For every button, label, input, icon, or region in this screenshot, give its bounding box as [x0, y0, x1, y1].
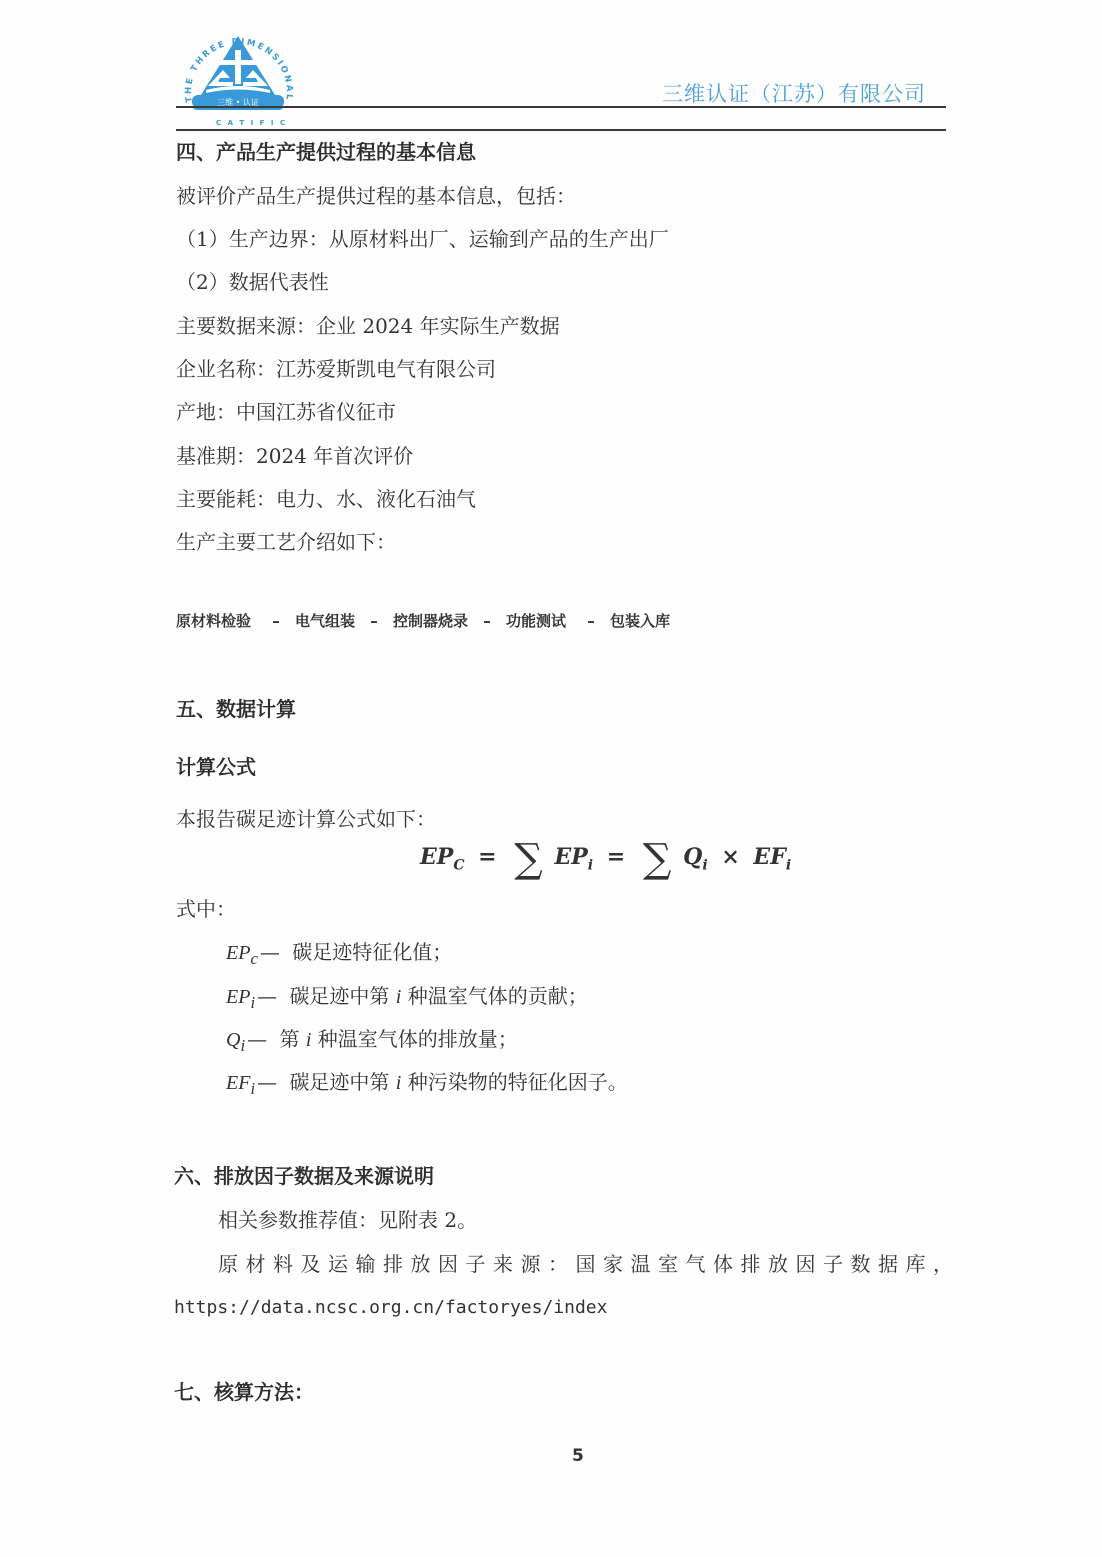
definition-epc: EPc— 碳足迹特征化值；	[226, 938, 452, 973]
formula-subtitle: 计算公式	[176, 753, 256, 781]
process-step: 功能测试	[506, 610, 566, 631]
page-number: 5	[572, 1446, 584, 1466]
definition-epi: EPi— 碳足迹中第 i 种温室气体的贡献；	[226, 982, 588, 1017]
section-6-title: 六、排放因子数据及来源说明	[174, 1162, 434, 1190]
definition-efi: EFi— 碳足迹中第 i 种污染物的特征化因子。	[226, 1068, 628, 1103]
process-flow: 原材料检验 – 电气组装 – 控制器烧录 – 功能测试 – 包装入库	[176, 610, 670, 631]
svg-text:C A T I F I C: C A T I F I C	[216, 119, 287, 127]
parameter-recommendation: 相关参数推荐值：见附表 2。	[218, 1206, 477, 1234]
company-name: 三维认证（江苏）有限公司	[662, 78, 926, 108]
main-energy-consumption: 主要能耗：电力、水、液化石油气	[176, 485, 476, 513]
header-rule-bottom	[176, 129, 946, 131]
section-4-intro: 被评价产品生产提供过程的基本信息，包括：	[176, 182, 576, 210]
carbon-footprint-formula: EPC = ∑ EPi = ∑ Qi × EFi	[420, 836, 791, 882]
process-separator: –	[272, 612, 280, 630]
section-4-title: 四、产品生产提供过程的基本信息	[176, 138, 476, 166]
process-separator: –	[483, 612, 491, 630]
process-step: 原材料检验	[176, 610, 251, 631]
production-origin: 产地：中国江苏省仪征市	[176, 398, 396, 426]
main-data-source: 主要数据来源：企业 2024 年实际生产数据	[176, 312, 560, 340]
document-page: THE THREE DIMENSIONAL C A T I F I C 三维 •…	[0, 0, 1102, 1557]
process-separator: –	[370, 612, 378, 630]
data-representativeness: （2）数据代表性	[176, 268, 329, 296]
where-label: 式中：	[176, 895, 236, 923]
definition-qi: Qi— 第 i 种温室气体的排放量；	[226, 1025, 518, 1060]
process-intro: 生产主要工艺介绍如下：	[176, 528, 396, 556]
three-dimensional-certification-logo-icon: THE THREE DIMENSIONAL C A T I F I C 三维 •…	[178, 24, 298, 128]
emission-factor-database-link[interactable]: https://data.ncsc.org.cn/factoryes/index	[174, 1294, 607, 1322]
process-step: 包装入库	[610, 610, 670, 631]
sigma-icon: ∑	[514, 836, 543, 882]
process-step: 控制器烧录	[393, 610, 468, 631]
process-separator: –	[587, 612, 595, 630]
emission-factor-source: 原材料及运输排放因子来源：国家温室气体排放因子数据库，	[218, 1250, 961, 1278]
base-period: 基准期：2024 年首次评价	[176, 442, 413, 470]
sigma-icon: ∑	[643, 836, 672, 882]
company-logo: THE THREE DIMENSIONAL C A T I F I C 三维 •…	[178, 24, 298, 128]
section-5-title: 五、数据计算	[176, 695, 296, 723]
production-boundary: （1）生产边界：从原材料出厂、运输到产品的生产出厂	[176, 225, 669, 253]
header-rule-top	[176, 106, 946, 108]
formula-intro: 本报告碳足迹计算公式如下：	[176, 805, 436, 833]
section-7-title: 七、核算方法：	[174, 1378, 314, 1406]
company-name-field: 企业名称：江苏爱斯凯电气有限公司	[176, 355, 496, 383]
process-step: 电气组装	[295, 610, 355, 631]
